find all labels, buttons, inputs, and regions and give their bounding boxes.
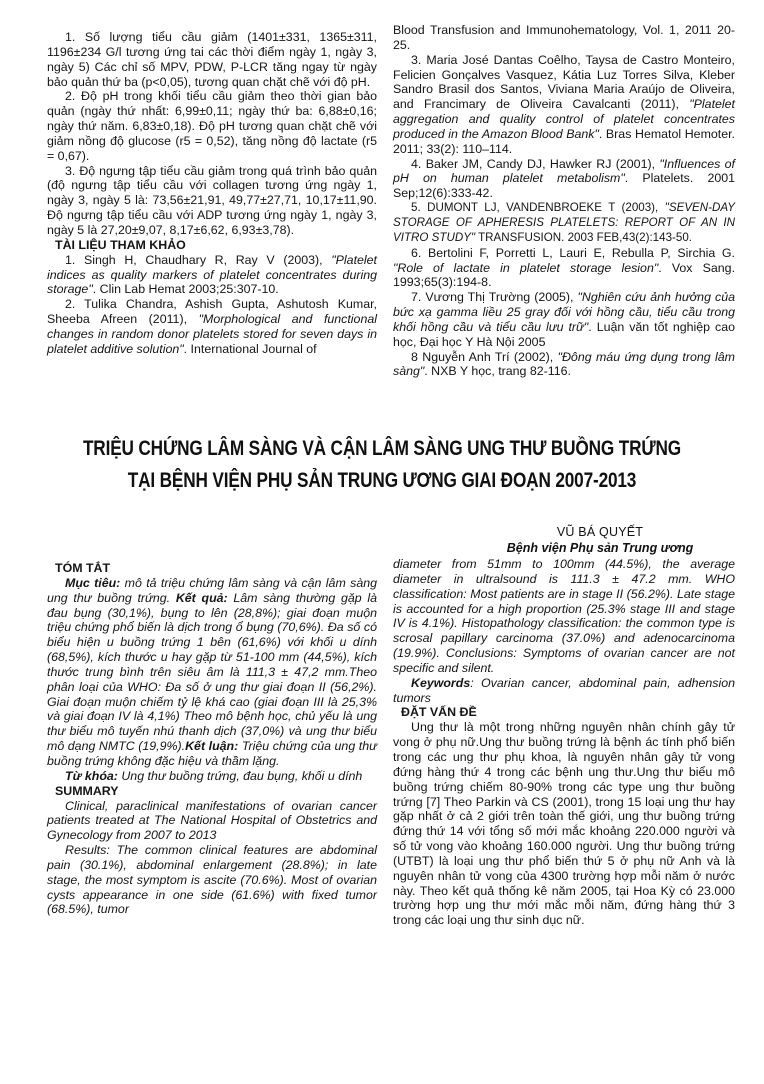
references-heading: TÀI LIỆU THAM KHẢO: [47, 238, 377, 253]
reference-5: 5. DUMONT LJ, VANDENBROEKE T (2003), "SE…: [393, 201, 735, 246]
keywords-vi: Từ khóa: Ung thư buồng trứng, đau bụng, …: [47, 769, 377, 784]
article-title-line-1: TRIỆU CHỨNG LÂM SÀNG VÀ CẬN LÂM SÀNG UNG…: [69, 437, 695, 461]
reference-8-source: . NXB Y học, trang 82-116.: [424, 364, 571, 378]
summary-results-continued: diameter from 51mm to 100mm (44.5%), the…: [393, 557, 735, 676]
references-column: Blood Transfusion and Immunohematology, …: [393, 23, 735, 379]
reference-5-authors: 5. DUMONT LJ, VANDENBROEKE T (2003),: [411, 201, 665, 214]
reference-1: 1. Singh H, Chaudhary R, Ray V (2003), "…: [47, 253, 377, 298]
abstract-body: Mục tiêu: mô tả triệu chứng lâm sàng và …: [47, 576, 377, 769]
reference-5-source: TRANSFUSION. 2003 FEB,43(2):143-50.: [475, 231, 692, 244]
keywords-en-label: Keywords: [411, 676, 470, 690]
conclusion-label: Kết luận:: [185, 739, 238, 753]
results-text: Lâm sàng thường gặp là đau bụng (30,1%),…: [47, 591, 377, 753]
reference-8-authors: 8 Nguyễn Anh Trí (2002),: [411, 350, 558, 364]
reference-4-authors: 4. Baker JM, Candy DJ, Hawker RJ (2001),: [411, 157, 659, 171]
summary-intro: Clinical, paraclinical manifestations of…: [47, 799, 377, 844]
keywords-vi-text: Ung thư buồng trứng, đau bụng, khối u dí…: [118, 769, 362, 783]
summary-heading: SUMMARY: [47, 784, 377, 799]
author-name: VŨ BÁ QUYẾT: [480, 525, 720, 539]
reference-6: 6. Bertolini F, Porretti L, Lauri E, Reb…: [393, 246, 735, 291]
reference-2-continued: Blood Transfusion and Immunohematology, …: [393, 23, 735, 53]
conclusion-3: 3. Độ ngưng tập tiểu cầu giảm trong quá …: [47, 164, 377, 238]
results-label: Kết quả:: [176, 591, 228, 605]
reference-8: 8 Nguyễn Anh Trí (2002), "Đông máu ứng d…: [393, 350, 735, 380]
reference-6-title: "Role of lactate in platelet storage les…: [393, 261, 658, 275]
introduction-heading: ĐẶT VẤN ĐỀ: [393, 705, 735, 720]
keywords-en: Keywords: Ovarian cancer, abdominal pain…: [393, 676, 735, 706]
abstract-column: TÓM TẮT Mục tiêu: mô tả triệu chứng lâm …: [47, 561, 377, 917]
abstract-heading: TÓM TẮT: [47, 561, 377, 576]
previous-article-conclusions-column: 1. Số lượng tiểu cầu giảm (1401±331, 136…: [47, 30, 377, 357]
reference-2-source: . International Journal of: [184, 342, 317, 356]
introduction-body: Ung thư là một trong những nguyên nhân c…: [393, 720, 735, 928]
summary-results: Results: The common clinical features ar…: [47, 843, 377, 917]
conclusion-2: 2. Độ pH trong khối tiểu cầu giảm theo t…: [47, 89, 377, 163]
reference-3: 3. Maria José Dantas Coêlho, Taysa de Ca…: [393, 53, 735, 157]
conclusion-1: 1. Số lượng tiểu cầu giảm (1401±331, 136…: [47, 30, 377, 89]
reference-7: 7. Vương Thị Trường (2005), "Nghiên cứu …: [393, 290, 735, 349]
reference-1-source: . Clin Lab Hemat 2003;25:307-10.: [93, 282, 279, 296]
author-affiliation: Bệnh viện Phụ sản Trung ương: [480, 541, 720, 555]
reference-3-authors: 3. Maria José Dantas Coêlho, Taysa de Ca…: [393, 53, 735, 112]
article-title-line-2: TẠI BỆNH VIỆN PHỤ SẢN TRUNG ƯƠNG GIAI ĐO…: [69, 469, 695, 493]
objective-label: Mục tiêu:: [65, 576, 120, 590]
keywords-vi-label: Từ khóa:: [65, 769, 118, 783]
introduction-column: diameter from 51mm to 100mm (44.5%), the…: [393, 557, 735, 928]
reference-4: 4. Baker JM, Candy DJ, Hawker RJ (2001),…: [393, 157, 735, 202]
reference-6-authors: 6. Bertolini F, Porretti L, Lauri E, Reb…: [411, 246, 735, 260]
reference-7-authors: 7. Vương Thị Trường (2005),: [411, 290, 578, 304]
reference-1-authors: 1. Singh H, Chaudhary R, Ray V (2003),: [65, 253, 331, 267]
reference-2: 2. Tulika Chandra, Ashish Gupta, Ashutos…: [47, 297, 377, 356]
